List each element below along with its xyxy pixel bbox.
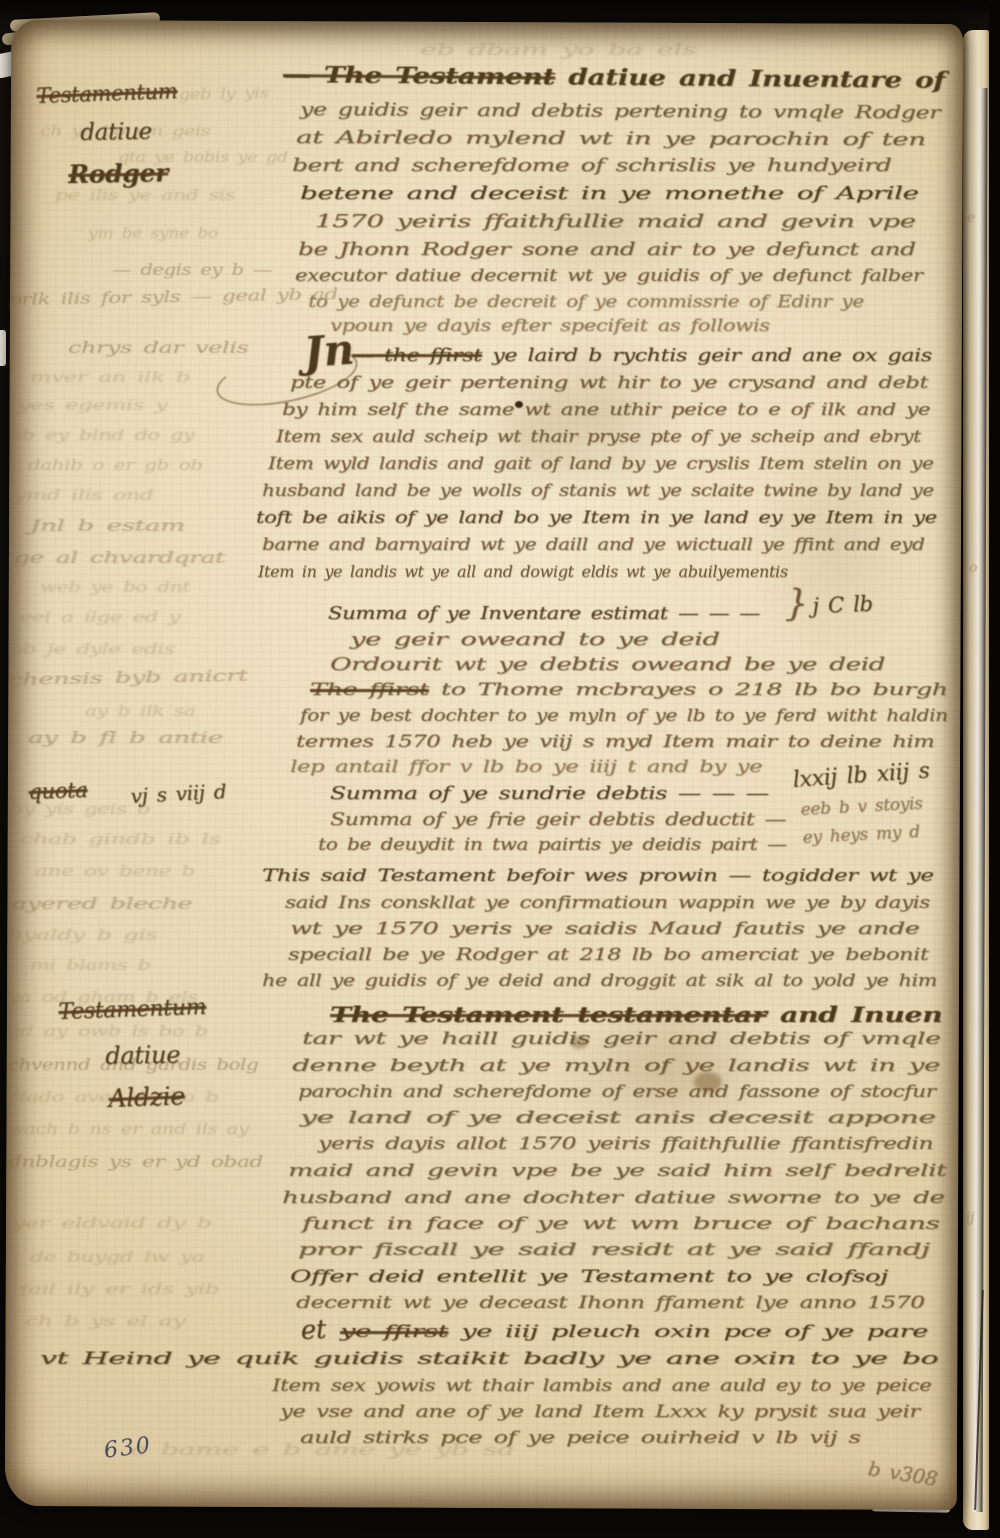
margin-note: Rodger: [68, 158, 168, 189]
manuscript-line: pror fiscall ye said residt at ye said f…: [298, 1240, 929, 1260]
ghost-text: wach b ns er and ils ay: [8, 1120, 249, 1138]
ghost-text: Jnl b estam: [30, 516, 185, 535]
margin-note: datiue: [80, 119, 152, 146]
ghost-text: ij: [966, 1210, 974, 1226]
manuscript-line: husband land be ye wolls of stanis wt ye…: [262, 481, 934, 501]
manuscript-line: toft be aikis of ye land bo ye Item in y…: [256, 508, 937, 528]
ghost-text: mver an ilk b: [30, 368, 190, 386]
ghost-text: — degis ey b —: [112, 260, 272, 279]
manuscript-line: parochin and scherefdome of erse and fas…: [298, 1082, 936, 1102]
manuscript-line: to be deuydit in twa pairtis ye deidis p…: [318, 835, 787, 855]
manuscript-line: et: [300, 1315, 327, 1346]
ghost-text: hyaldy b gis: [8, 926, 157, 944]
ghost-text: chrys dar velis: [68, 338, 248, 357]
manuscript-line: wt ye 1570 yeris ye saidis Maud fautis y…: [290, 919, 919, 939]
manuscript-line: lep antail ffor v lb bo ye iiij t and by…: [290, 757, 762, 777]
ghost-text: ay b fl b antie: [28, 728, 223, 747]
manuscript-line: Jn: [302, 324, 356, 376]
margin-note: Aldzie: [108, 1081, 185, 1113]
manuscript-line: The ffirst to Thome mcbrayes o 218 lb bo…: [310, 680, 948, 700]
manuscript-line: maid and gevin vpe be ye said him self b…: [288, 1161, 946, 1181]
ghost-text: ane ov bene b: [35, 862, 195, 880]
ghost-text: ymd ilis ond: [14, 486, 153, 504]
manuscript-line: decernit wt ye deceast Ihonn ffament lye…: [296, 1293, 925, 1313]
ghost-text: yes egemis y: [18, 396, 167, 414]
manuscript-line: Item in ye landis wt ye all and dowigt e…: [258, 562, 788, 581]
manuscript-line: funct in face of ye wt wm bruce of bacha…: [302, 1214, 939, 1234]
manuscript-line: ye land of ye deceist anis decesit appon…: [300, 1108, 935, 1128]
ghost-text: ym be syne bo: [88, 224, 218, 242]
manuscript-line: Item sex yowis wt thair lambis and ane a…: [272, 1376, 931, 1396]
ghost-text: web ye bo dnt: [40, 578, 190, 596]
manuscript-line: Item sex auld scheip wt thair pryse pte …: [276, 427, 921, 447]
manuscript-line: This said Testament befoir wes prowin — …: [262, 866, 934, 886]
manuscript-line: husband and ane dochter datiue sworne to…: [282, 1188, 944, 1208]
manuscript-line: 1570 yeiris ffaithfullie maid and gevin …: [315, 211, 915, 232]
manuscript-line: termes 1570 heb ye viij s myd Item mair …: [296, 732, 934, 752]
margin-note: quota: [28, 778, 88, 804]
manuscript-line: auld stirks pce of ye peice ouirheid v l…: [300, 1428, 860, 1448]
manuscript-line: The Testament testamentar and Inuen: [330, 1002, 942, 1027]
manuscript-line: ye vse and ane of ye land Item Lxxx ky p…: [280, 1402, 920, 1422]
ghost-text: ay b ilk sa: [85, 702, 195, 720]
manuscript-line: j C lb: [812, 592, 873, 618]
manuscript-line: at Abirledo mylend wt in ye parochin of …: [296, 127, 926, 150]
ghost-text: dahib o er gb ob: [28, 456, 203, 474]
manuscript-line: said Ins conskllat ye confirmatioun wapp…: [285, 893, 930, 913]
manuscript-line: vt Heind ye quik guidis staikit badly ye…: [40, 1349, 938, 1369]
manuscript-line: bert and scherefdome of schrislis ye hun…: [292, 155, 891, 176]
manuscript-line: tar wt ye haill guidis geir and debtis o…: [302, 1029, 940, 1049]
ghost-text: dnblagis ys er yd obad: [8, 1152, 263, 1171]
manuscript-line: to ye defunct be decreit of ye commissri…: [308, 292, 864, 312]
manuscript-line: for ye best dochter to ye myln of ye lb …: [300, 706, 948, 726]
manuscript-line: ye guidis geir and debtis pertening to v…: [300, 99, 940, 123]
manuscript-line: Summa of ye Inventare estimat — — —: [328, 603, 760, 624]
manuscript-photo: eb dbam yo ba elsab geb ly yisch ye bo y…: [0, 0, 1000, 1538]
manuscript-line: Summa of ye sundrie debtis — — —: [330, 783, 769, 804]
manuscript-line: be Jhonn Rodger sone and air to ye defun…: [298, 239, 915, 260]
manuscript-line: — the ffirst ye laird b rychtis geir and…: [352, 345, 932, 366]
manuscript-line: by him self the same wt ane uthir peice …: [282, 400, 930, 420]
manuscript-line: Offer deid entellit ye Testament to ye c…: [290, 1267, 888, 1287]
manuscript-line: ye ffirst ye iiij pleuch oxin pce of ye …: [340, 1322, 928, 1342]
manuscript-line: }: [785, 583, 809, 625]
ghost-text: fail ily er ids yib: [20, 1280, 219, 1298]
margin-note: datiue: [105, 1041, 180, 1070]
manuscript-line: betene and deceist in ye monethe of Apri…: [300, 183, 919, 204]
ghost-text: ab ey blnd do gy: [10, 426, 194, 444]
manuscript-line: Ordourit wt ye debtis oweand be ye deid: [330, 654, 885, 675]
margin-note: Testamentum: [36, 79, 178, 108]
ghost-text: ch b ys el ay: [25, 1312, 185, 1330]
manuscript-line: speciall be ye Rodger at 218 lb bo amerc…: [288, 945, 929, 965]
ghost-text: e: [967, 210, 975, 226]
margin-note: Testamentum: [58, 995, 207, 1025]
manuscript-line: barne and barnyaird wt ye daill and ye w…: [262, 535, 925, 555]
ghost-text: o: [969, 560, 977, 576]
ghost-text: ob je dyle edis: [10, 640, 175, 658]
manuscript-line: denne beyth at ye myln of ye landis wt i…: [292, 1056, 940, 1076]
manuscript-line: executor datiue decernit wt ye guidis of…: [295, 266, 923, 286]
ghost-text: mi blams b: [30, 956, 151, 974]
manuscript-line: ye geir oweand to ye deid: [350, 629, 719, 650]
manuscript-line: vpoun ye dayis efter specifeit as follow…: [330, 316, 769, 336]
ghost-text: chab gindb ib ls: [20, 830, 220, 848]
ghost-text: yer eldvaid dy b: [12, 1214, 212, 1232]
ghost-text: eel a ilge ed y: [20, 608, 180, 626]
manuscript-line: Item wyld landis and gait of land by ye …: [268, 454, 933, 474]
ghost-text: ayered bleche: [12, 894, 192, 913]
manuscript-line: he all ye guidis of ye deid and droggit …: [262, 971, 937, 991]
backing-sheet-sliver: [0, 330, 6, 366]
manuscript-line: yeris dayis allot 1570 yeiris ffaithfull…: [318, 1134, 933, 1154]
photo-backdrop-edge: [989, 0, 1000, 1538]
ghost-text: ad ay owb ls bo b: [8, 1022, 208, 1040]
ghost-text: ge al chvardqrat: [14, 548, 225, 567]
ghost-text: eb dbam yo ba els: [420, 40, 696, 59]
margin-note: vj s viij d: [130, 779, 227, 808]
manuscript-line: Summa of ye frie geir debtis deductit —: [330, 809, 786, 830]
ghost-text: de buygd lw ya: [30, 1248, 204, 1266]
manuscript-line: pte of ye geir pertening wt hir to ye cr…: [290, 373, 928, 393]
